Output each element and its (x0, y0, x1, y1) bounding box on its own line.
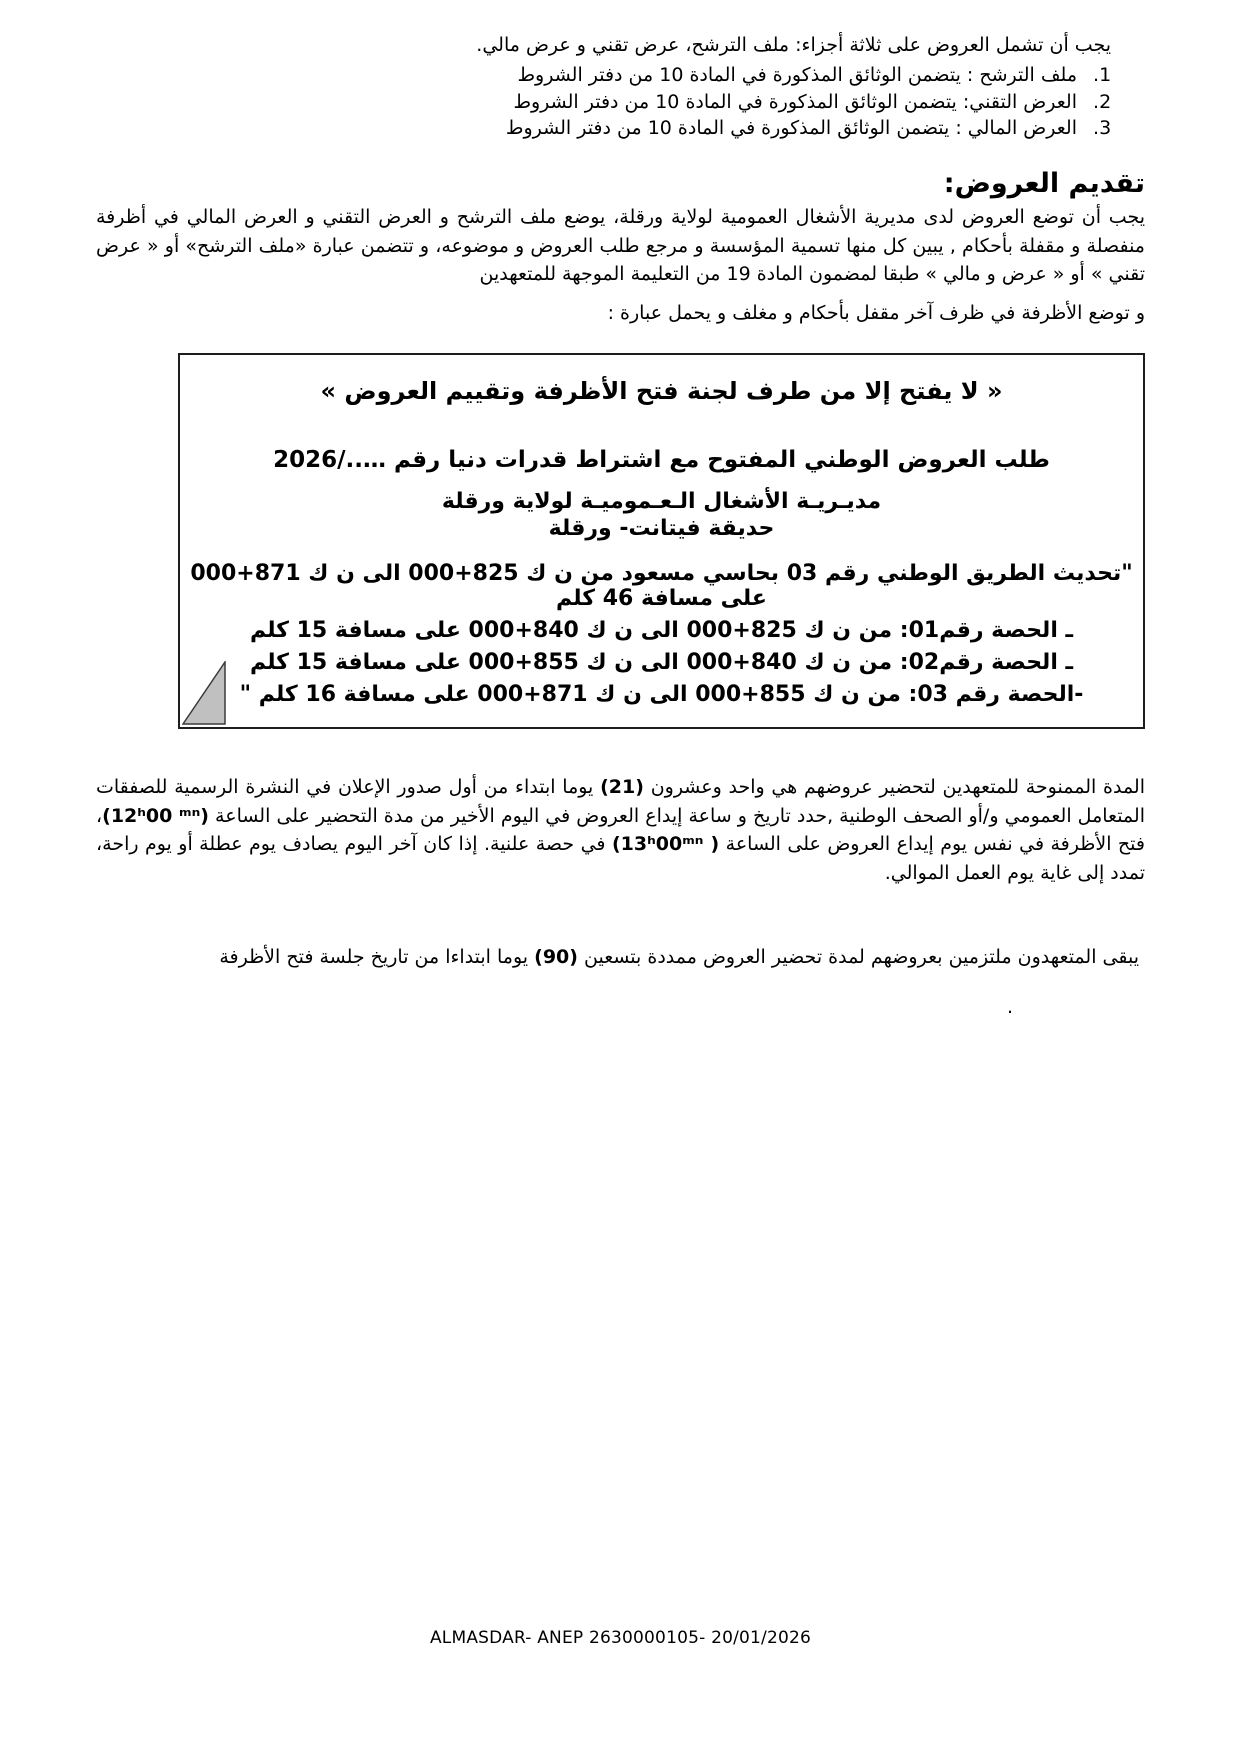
box-project-title: "تحديث الطريق الوطني رقم 03 بحاسي مسعود … (188, 561, 1135, 611)
box-tender-title: طلب العروض الوطني المفتوح مع اشتراط قدرا… (188, 447, 1135, 473)
box-lot-02: ـ الحصة رقم02: من ن ك 840+000 الى ن ك 85… (188, 650, 1135, 675)
folded-corner-icon (182, 661, 226, 725)
deadline-days-count: (21) (600, 776, 644, 798)
commitment-days-count: (90) (534, 946, 578, 968)
commitment-paragraph: يبقى المتعهدون ملتزمين بعروضهم لمدة تحضي… (96, 943, 1145, 972)
trailing-period: . (96, 996, 1145, 1018)
list-item-technical-offer: العرض التقني: يتضمن الوثائق المذكورة في … (96, 89, 1087, 116)
opening-time: ( 13ʰ00ᵐⁿ) (612, 833, 719, 855)
deposit-time: (12ʰ00 ᵐⁿ) (102, 805, 209, 827)
submission-paragraph-tail: و توضع الأظرفة في ظرف آخر مقفل بأحكام و … (96, 299, 1145, 328)
tender-notice-document: يجب أن تشمل العروض على ثلاثة أجزاء: ملف … (0, 0, 1241, 1755)
anep-footer: ALMASDAR- ANEP 2630000105- 20/01/2026 (0, 1628, 1241, 1648)
deadline-paragraph: المدة الممنوحة للمتعهدين لتحضير عروضهم ه… (96, 773, 1145, 887)
submission-heading: تقديم العروض: (96, 168, 1145, 199)
box-open-only-by-committee: « لا يفتح إلا من طرف لجنة فتح الأظرفة وت… (188, 377, 1135, 405)
deadline-text-1: المدة الممنوحة للمتعهدين لتحضير عروضهم ه… (644, 776, 1145, 798)
box-address: حديقة فيتانت- ورقلة (188, 516, 1135, 541)
commitment-text-1: يبقى المتعهدون ملتزمين بعروضهم لمدة تحضي… (578, 946, 1139, 968)
envelope-inscription-box: « لا يفتح إلا من طرف لجنة فتح الأظرفة وت… (178, 353, 1145, 729)
box-directorate-name: مديـريـة الأشغال الـعـموميـة لولاية ورقل… (188, 489, 1135, 514)
submission-paragraph: يجب أن توضع العروض لدى مديرية الأشغال ال… (96, 203, 1145, 289)
offers-parts-lead: يجب أن تشمل العروض على ثلاثة أجزاء: ملف … (96, 32, 1145, 60)
offers-parts-list: ملف الترشح : يتضمن الوثائق المذكورة في ا… (96, 62, 1145, 143)
list-item-financial-offer: العرض المالي : يتضمن الوثائق المذكورة في… (96, 115, 1087, 142)
list-item-candidature-file: ملف الترشح : يتضمن الوثائق المذكورة في ا… (96, 62, 1087, 89)
box-lot-01: ـ الحصة رقم01: من ن ك 825+000 الى ن ك 84… (188, 618, 1135, 643)
box-lot-03: -الحصة رقم 03: من ن ك 855+000 الى ن ك 87… (188, 682, 1135, 707)
commitment-text-2: يوما ابتداءا من تاريخ جلسة فتح الأظرفة (219, 946, 534, 968)
document-content: يجب أن تشمل العروض على ثلاثة أجزاء: ملف … (96, 0, 1145, 1018)
